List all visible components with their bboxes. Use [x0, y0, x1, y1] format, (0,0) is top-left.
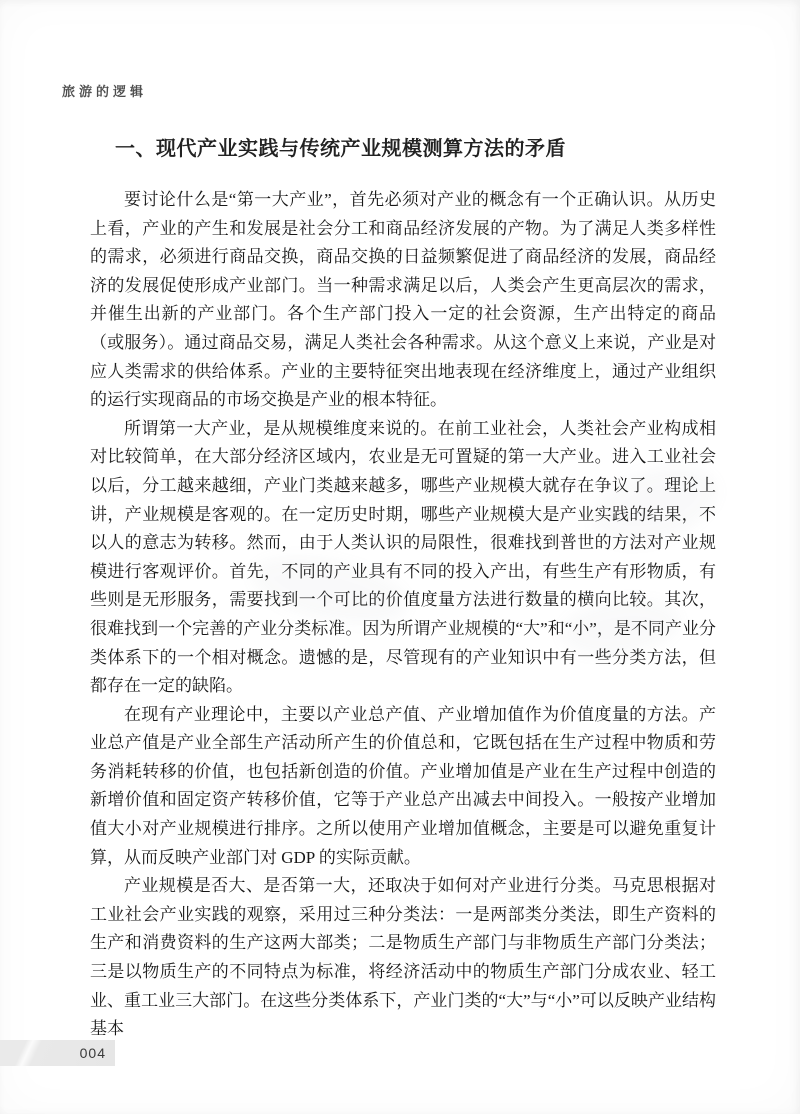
page-number-bar: 004	[0, 1040, 115, 1066]
page-number: 004	[80, 1045, 115, 1061]
paragraph-2: 所谓第一大产业，是从规模维度来说的。在前工业社会，人类社会产业构成相对比较简单，…	[90, 415, 716, 701]
body-text: 要讨论什么是“第一大产业”，首先必须对产业的概念有一个正确认识。从历史上看，产业…	[90, 186, 716, 1044]
section-title: 一、现代产业实践与传统产业规模测算方法的矛盾	[115, 132, 566, 161]
paragraph-4: 产业规模是否大、是否第一大，还取决于如何对产业进行分类。马克思根据对工业社会产业…	[90, 872, 716, 1044]
book-page: 旅游的逻辑 一、现代产业实践与传统产业规模测算方法的矛盾 要讨论什么是“第一大产…	[0, 0, 800, 1114]
paragraph-1: 要讨论什么是“第一大产业”，首先必须对产业的概念有一个正确认识。从历史上看，产业…	[90, 186, 716, 415]
paragraph-3: 在现有产业理论中，主要以产业总产值、产业增加值作为价值度量的方法。产业总产值是产…	[90, 701, 716, 873]
running-header-book-title: 旅游的逻辑	[62, 81, 147, 100]
